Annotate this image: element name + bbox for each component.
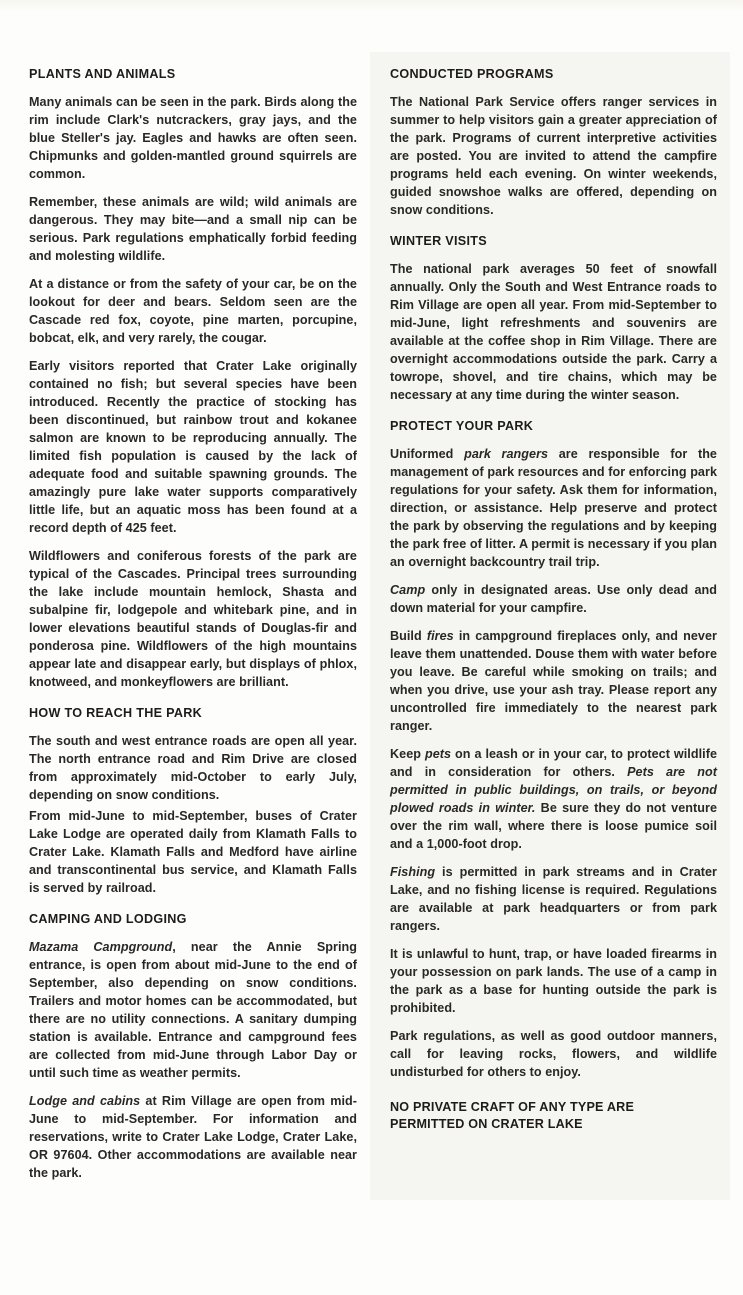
section-heading: PROTECT YOUR PARK xyxy=(390,418,717,434)
section-plants-and-animals: PLANTS AND ANIMALS Many animals can be s… xyxy=(29,66,357,691)
paragraph: Mazama Campground, near the Annie Spring… xyxy=(29,938,357,1082)
top-edge-shadow xyxy=(0,0,743,12)
notice-line: NO PRIVATE CRAFT OF ANY TYPE ARE xyxy=(390,1099,717,1116)
section-protect-your-park: PROTECT YOUR PARK Uniformed park rangers… xyxy=(390,418,717,1081)
right-column: CONDUCTED PROGRAMS The National Park Ser… xyxy=(390,66,717,1133)
section-camping-and-lodging: CAMPING AND LODGING Mazama Campground, n… xyxy=(29,911,357,1182)
paragraph: It is unlawful to hunt, trap, or have lo… xyxy=(390,945,717,1017)
paragraph: From mid-June to mid-September, buses of… xyxy=(29,807,357,897)
italic-term: Mazama Campground xyxy=(29,940,172,954)
section-heading: HOW TO REACH THE PARK xyxy=(29,705,357,721)
paragraph: Fishing is permitted in park streams and… xyxy=(390,863,717,935)
left-column: PLANTS AND ANIMALS Many animals can be s… xyxy=(29,66,357,1196)
paragraph: The south and west entrance roads are op… xyxy=(29,732,357,804)
section-how-to-reach-the-park: HOW TO REACH THE PARK The south and west… xyxy=(29,705,357,897)
boat-prohibition-notice: NO PRIVATE CRAFT OF ANY TYPE ARE PERMITT… xyxy=(390,1099,717,1133)
paragraph: Camp only in designated areas. Use only … xyxy=(390,581,717,617)
italic-term: Fishing xyxy=(390,865,435,879)
notice-line: PERMITTED ON CRATER LAKE xyxy=(390,1116,717,1133)
section-heading: PLANTS AND ANIMALS xyxy=(29,66,357,82)
paragraph: The national park averages 50 feet of sn… xyxy=(390,260,717,404)
italic-term: park rangers xyxy=(464,447,548,461)
paragraph: Lodge and cabins at Rim Village are open… xyxy=(29,1092,357,1182)
paragraph: Uniformed park rangers are responsible f… xyxy=(390,445,717,571)
paragraph: At a distance or from the safety of your… xyxy=(29,275,357,347)
section-conducted-programs: CONDUCTED PROGRAMS The National Park Ser… xyxy=(390,66,717,219)
paragraph: Park regulations, as well as good outdoo… xyxy=(390,1027,717,1081)
paragraph: Many animals can be seen in the park. Bi… xyxy=(29,93,357,183)
paragraph: The National Park Service offers ranger … xyxy=(390,93,717,219)
italic-term: pets xyxy=(425,747,451,761)
paragraph: Early visitors reported that Crater Lake… xyxy=(29,357,357,537)
paragraph: Build fires in campground fireplaces onl… xyxy=(390,627,717,735)
paragraph: Wildflowers and coniferous forests of th… xyxy=(29,547,357,691)
italic-term: Camp xyxy=(390,583,425,597)
brochure-page: PLANTS AND ANIMALS Many animals can be s… xyxy=(0,0,743,1295)
italic-term: Lodge and cabins xyxy=(29,1094,140,1108)
section-winter-visits: WINTER VISITS The national park averages… xyxy=(390,233,717,404)
paragraph: Keep pets on a leash or in your car, to … xyxy=(390,745,717,853)
italic-term: fires xyxy=(427,629,454,643)
section-heading: CAMPING AND LODGING xyxy=(29,911,357,927)
section-heading: WINTER VISITS xyxy=(390,233,717,249)
section-heading: CONDUCTED PROGRAMS xyxy=(390,66,717,82)
paragraph: Remember, these animals are wild; wild a… xyxy=(29,193,357,265)
